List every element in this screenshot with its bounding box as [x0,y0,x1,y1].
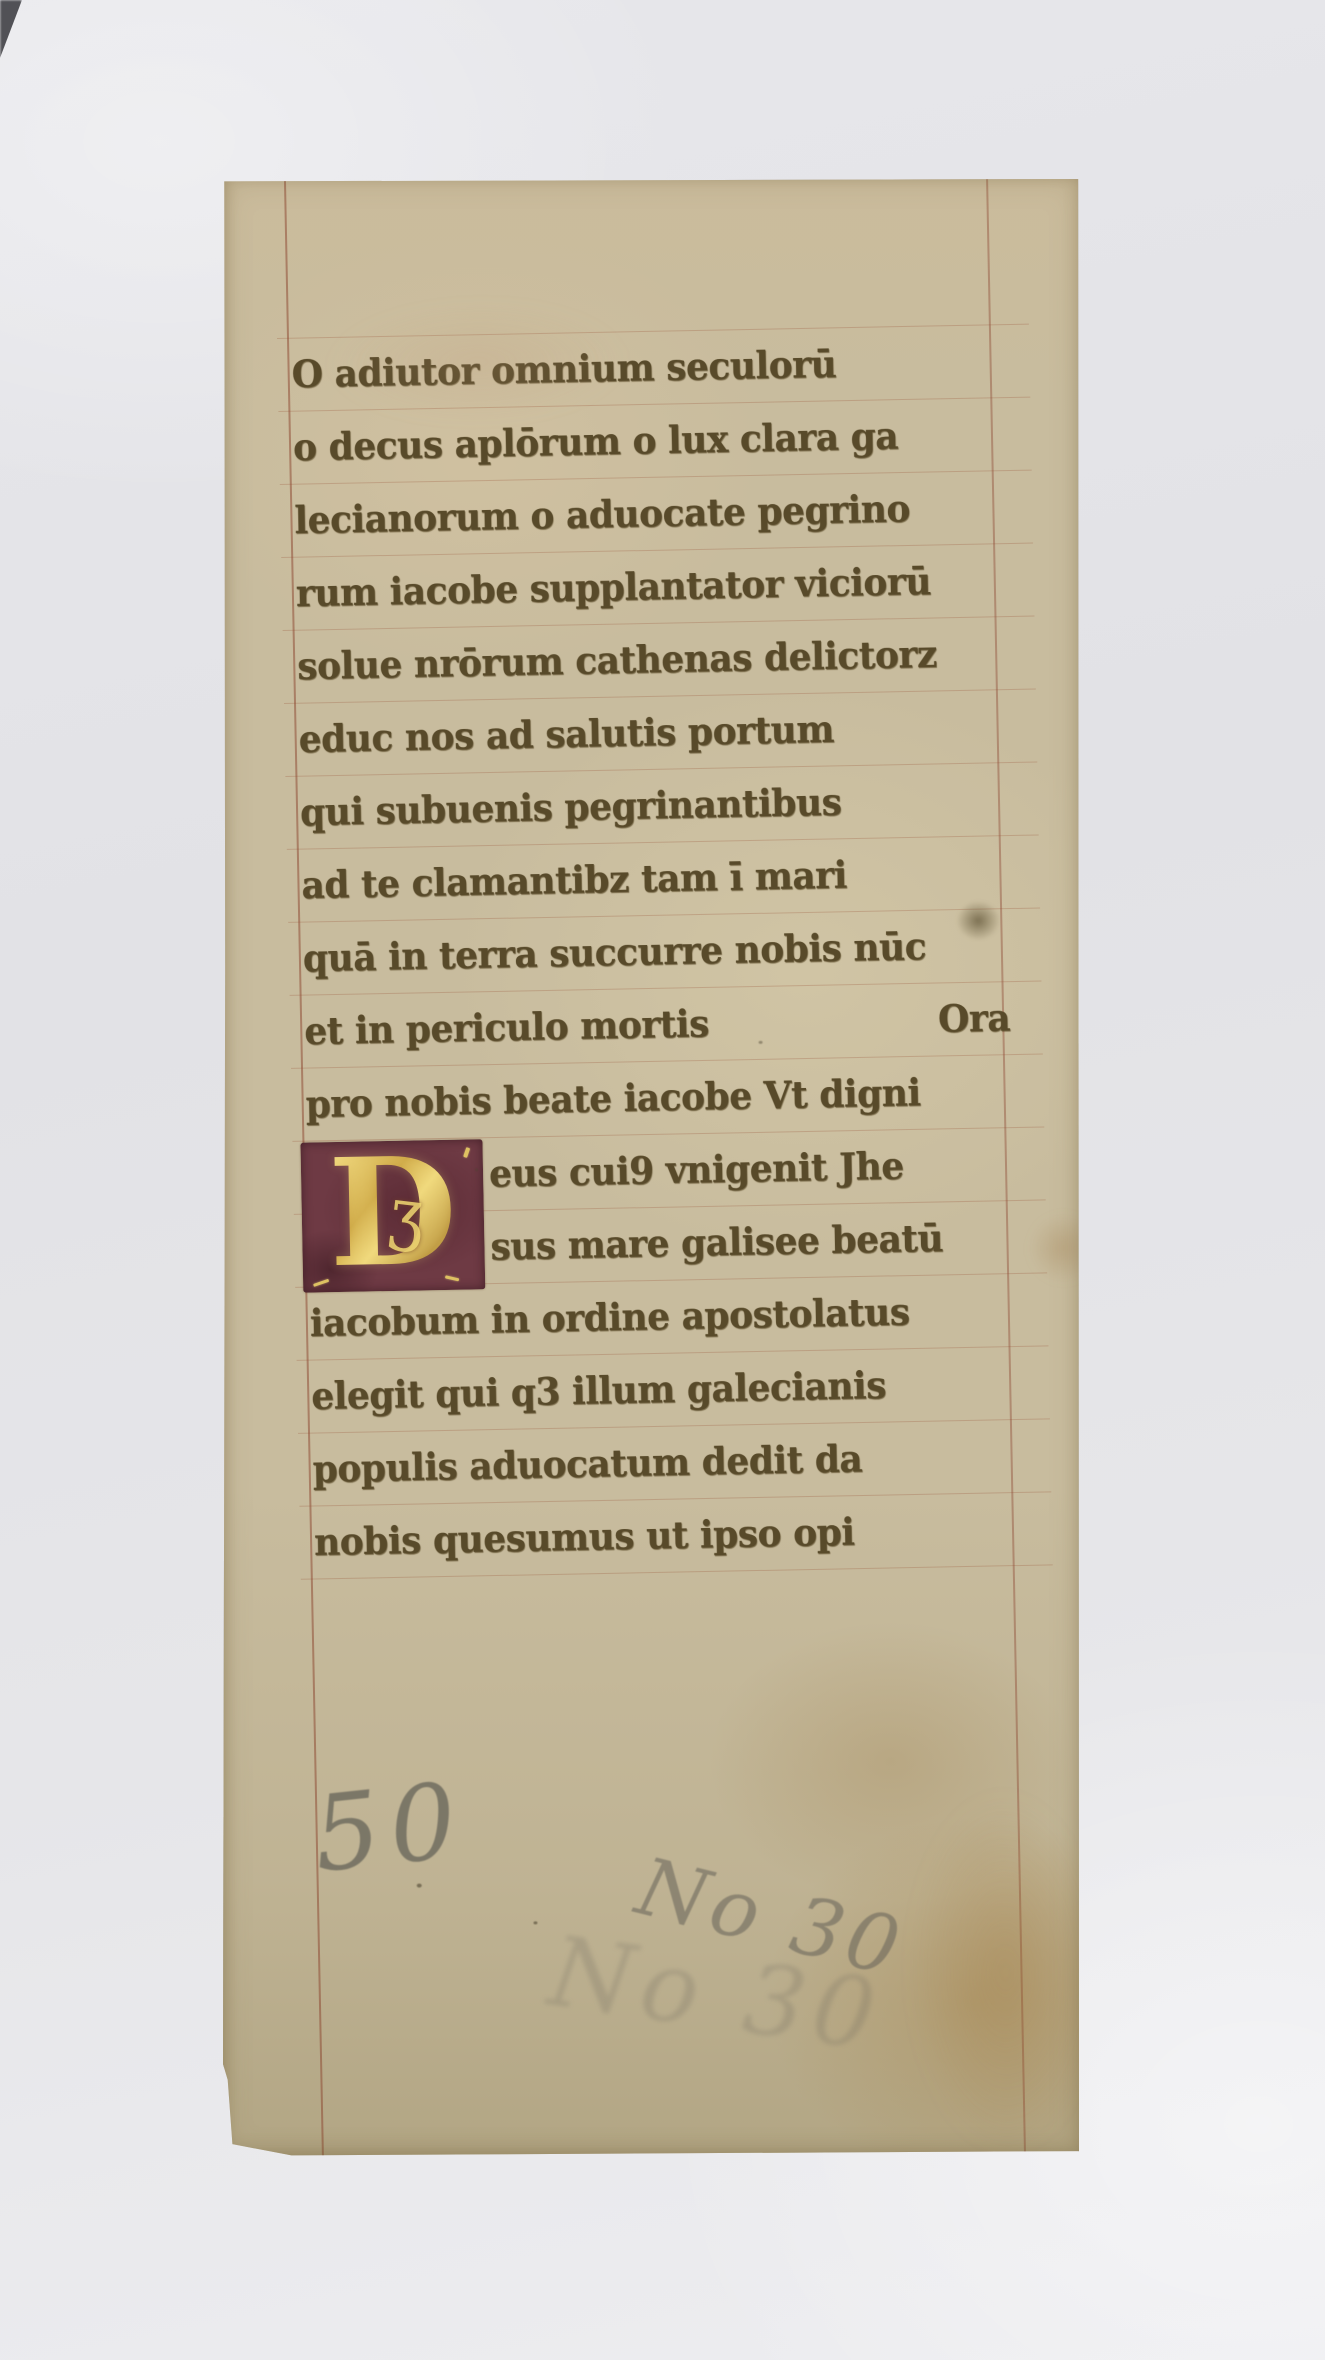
manuscript-line-text: lecianorum o aduocate pegrino [294,486,910,542]
manuscript-text-line: quā in terra succurre nobis nūc [302,908,1009,995]
manuscript-line-text: qui subuenis pegrinantibus [300,780,842,834]
manuscript-text-line: populis aduocatum dedit da [312,1419,1019,1506]
manuscript-text-line: rum iacobe supplantator viciorū [295,543,1002,630]
manuscript-line-text: rum iacobe supplantator viciorū [295,559,931,615]
margin-stain [1028,1212,1099,1283]
illuminated-initial-d: D ʒ [300,1139,485,1292]
manuscript-line-text: sus mare galisee beatū [490,1216,943,1269]
ruling-horizontal-lines [204,171,1060,187]
manuscript-line-text: et in periculo mortis [304,1001,709,1053]
dirt-speck [417,1884,422,1888]
pencil-annotation-50: 50 [308,1758,472,1895]
manuscript-text-line: eus cui9 vnigenit Jhe [488,1127,1013,1210]
leaf-content: O adiutor omnium seculorūo decus aplōrum… [204,171,1098,2165]
manuscript-text-line: et in periculo mortisOra [304,981,1011,1068]
manuscript-text-line: educ nos ad salutis portum [298,689,1005,776]
bottom-right-stain [907,1791,1104,2155]
manuscript-line-text: o decus aplōrum o lux clara ga [293,414,899,470]
photo-corner-mark [0,0,22,58]
dirt-speck [475,1168,478,1171]
manuscript-line-text: eus cui9 vnigenit Jhe [489,1144,904,1196]
dirt-speck [759,1041,763,1044]
photo-mat: O adiutor omnium seculorūo decus aplōrum… [0,0,1325,2360]
manuscript-line-text: pro nobis beate iacobe Vt digni [305,1070,921,1126]
gold-penwork-tick [463,1147,470,1158]
manuscript-text-block: O adiutor omnium seculorūo decus aplōrum… [204,171,1060,187]
manuscript-text-line: solue nrōrum cathenas delictorz [297,616,1004,703]
manuscript-text-line: lecianorum o aduocate pegrino [294,470,1001,557]
manuscript-line-text: elegit qui q3 illum galecianis [311,1363,886,1418]
manuscript-text-line: elegit qui q3 illum galecianis [311,1346,1018,1433]
manuscript-leaf: O adiutor omnium seculorūo decus aplōrum… [223,179,1079,2157]
manuscript-text-line: ad te clamantibz tam ī mari [301,835,1008,922]
manuscript-line-text: educ nos ad salutis portum [298,707,834,761]
manuscript-line-text: nobis quesumus ut ipso opi [314,1510,855,1564]
manuscript-line-text: populis aduocatum dedit da [312,1436,862,1491]
manuscript-line-rubric: Ora [938,996,1011,1041]
manuscript-line-text: ad te clamantibz tam ī mari [301,853,847,908]
dirt-speck [533,1921,537,1924]
manuscript-line-text: solue nrōrum cathenas delictorz [297,632,937,688]
gold-penwork-tick [313,1279,329,1287]
manuscript-text-line: nobis quesumus ut ipso opi [313,1492,1020,1579]
manuscript-text-line: qui subuenis pegrinantibus [299,762,1006,849]
manuscript-text-line: sus mare galisee beatū [490,1200,1015,1283]
manuscript-line-text: quā in terra succurre nobis nūc [302,924,926,980]
